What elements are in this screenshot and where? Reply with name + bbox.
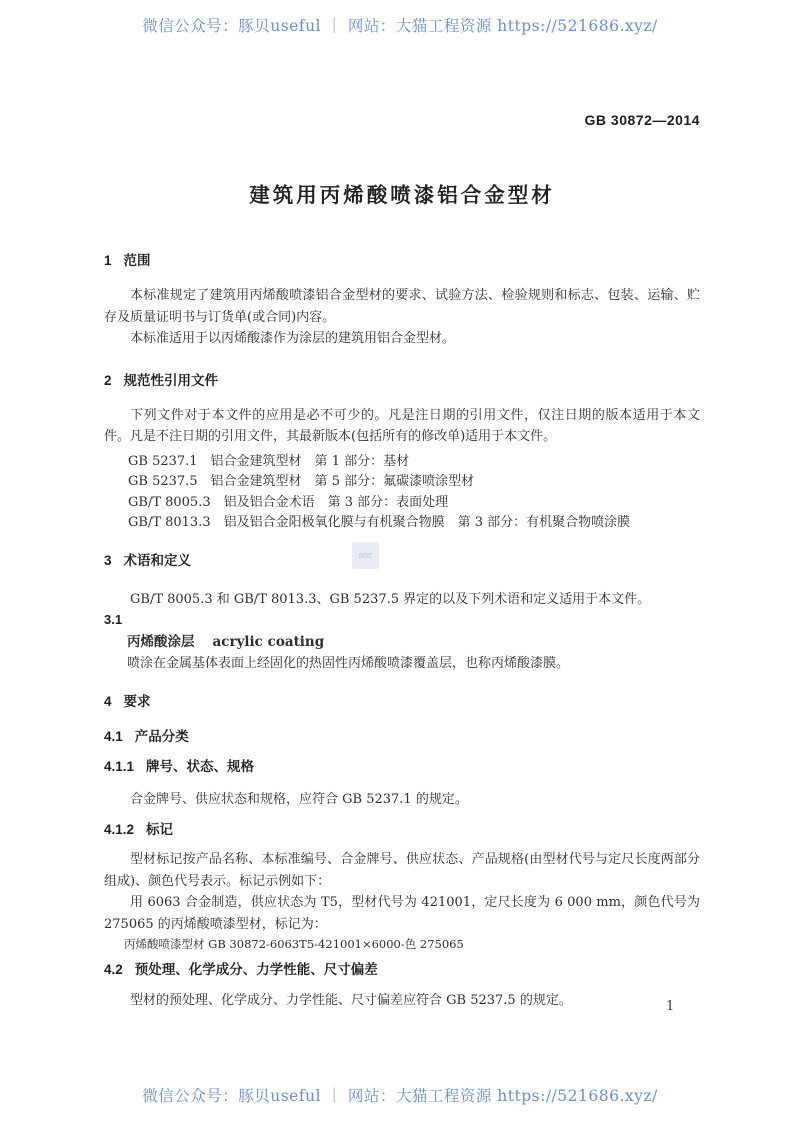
section-1-label: 范围 xyxy=(124,253,151,268)
section-2-heading: 2规范性引用文件 xyxy=(104,372,700,389)
footer-promo-banner: 微信公众号：豚贝useful ｜ 网站：大猫工程资源 https://52168… xyxy=(0,1084,800,1106)
section-4-1-2-label: 标记 xyxy=(146,822,173,837)
section-4-1-1-label: 牌号、状态、规格 xyxy=(146,759,254,774)
section-4-1-label: 产品分类 xyxy=(135,729,189,744)
section-4-2-paragraph: 型材的预处理、化学成分、力学性能、尺寸偏差应符合 GB 5237.5 的规定。 xyxy=(104,990,700,1012)
document-body: GB 30872—2014 建筑用丙烯酸喷漆铝合金型材 1范围 本标准规定了建筑… xyxy=(104,0,700,1012)
document-title: 建筑用丙烯酸喷漆铝合金型材 xyxy=(104,178,700,208)
section-4-1-2-number: 4.1.2 xyxy=(104,822,134,837)
section-4-2-number: 4.2 xyxy=(104,962,123,977)
section-4-1-2-heading: 4.1.2标记 xyxy=(104,821,700,838)
term-definition-text: 喷涂在金属基体表面上经固化的热固性丙烯酸喷漆覆盖层，也称丙烯酸漆膜。 xyxy=(104,653,700,675)
section-3-paragraph-1: GB/T 8005.3 和 GB/T 8013.3、GB 5237.5 界定的以… xyxy=(104,589,700,611)
section-1-paragraph-2: 本标准适用于以丙烯酸漆作为涂层的建筑用铝合金型材。 xyxy=(104,328,700,350)
section-4-1-1-heading: 4.1.1牌号、状态、规格 xyxy=(104,758,700,775)
section-4-1-2-paragraph-2: 用 6063 合金制造，供应状态为 T5，型材代号为 421001，定尺长度为 … xyxy=(104,892,700,935)
document-page: 微信公众号：豚贝useful ｜ 网站：大猫工程资源 https://52168… xyxy=(0,0,800,1132)
section-4-1-number: 4.1 xyxy=(104,729,123,744)
term-definition-line: 丙烯酸涂层acrylic coating xyxy=(104,631,700,653)
section-4-1-heading: 4.1产品分类 xyxy=(104,728,700,745)
designation-example: 丙烯酸喷漆型材 GB 30872-6063T5-421001×6000-色 27… xyxy=(104,935,700,953)
clause-3-1-number: 3.1 xyxy=(104,612,700,628)
section-1-paragraph-1: 本标准规定了建筑用丙烯酸喷漆铝合金型材的要求、试验方法、检验规则和标志、包装、运… xyxy=(104,285,700,328)
page-number: 1 xyxy=(666,999,674,1014)
section-2-paragraph-1: 下列文件对于本文件的应用是必不可少的。凡是注日期的引用文件，仅注日期的版本适用于… xyxy=(104,405,700,448)
scan-watermark: snc xyxy=(352,542,379,569)
section-1-number: 1 xyxy=(104,253,112,268)
section-4-number: 4 xyxy=(104,694,112,709)
section-3-label: 术语和定义 xyxy=(124,553,192,568)
term-chinese: 丙烯酸涂层 xyxy=(127,634,195,649)
section-4-2-label: 预处理、化学成分、力学性能、尺寸偏差 xyxy=(135,962,378,977)
reference-item: GB 5237.1 铝合金建筑型材 第 1 部分：基材 xyxy=(104,452,700,473)
section-4-1-1-number: 4.1.1 xyxy=(104,759,134,774)
section-4-heading: 4要求 xyxy=(104,693,700,710)
section-3-heading: 3术语和定义 xyxy=(104,552,700,569)
normative-references-list: GB 5237.1 铝合金建筑型材 第 1 部分：基材 GB 5237.5 铝合… xyxy=(104,452,700,534)
section-2-number: 2 xyxy=(104,373,112,388)
reference-item: GB/T 8013.3 铝及铝合金阳极氧化膜与有机聚合物膜 第 3 部分：有机聚… xyxy=(104,513,700,534)
section-1-heading: 1范围 xyxy=(104,252,700,269)
reference-item: GB 5237.5 铝合金建筑型材 第 5 部分：氟碳漆喷涂型材 xyxy=(104,472,700,493)
section-4-1-2-paragraph-1: 型材标记按产品名称、本标准编号、合金牌号、供应状态、产品规格(由型材代号与定尺长… xyxy=(104,849,700,892)
term-english: acrylic coating xyxy=(213,634,325,650)
section-3-number: 3 xyxy=(104,553,112,568)
section-4-label: 要求 xyxy=(124,694,151,709)
section-4-2-heading: 4.2预处理、化学成分、力学性能、尺寸偏差 xyxy=(104,961,700,978)
reference-item: GB/T 8005.3 铝及铝合金术语 第 3 部分：表面处理 xyxy=(104,493,700,514)
standard-number: GB 30872—2014 xyxy=(104,112,700,128)
section-2-label: 规范性引用文件 xyxy=(124,373,219,388)
section-4-1-1-paragraph: 合金牌号、供应状态和规格，应符合 GB 5237.1 的规定。 xyxy=(104,789,700,811)
